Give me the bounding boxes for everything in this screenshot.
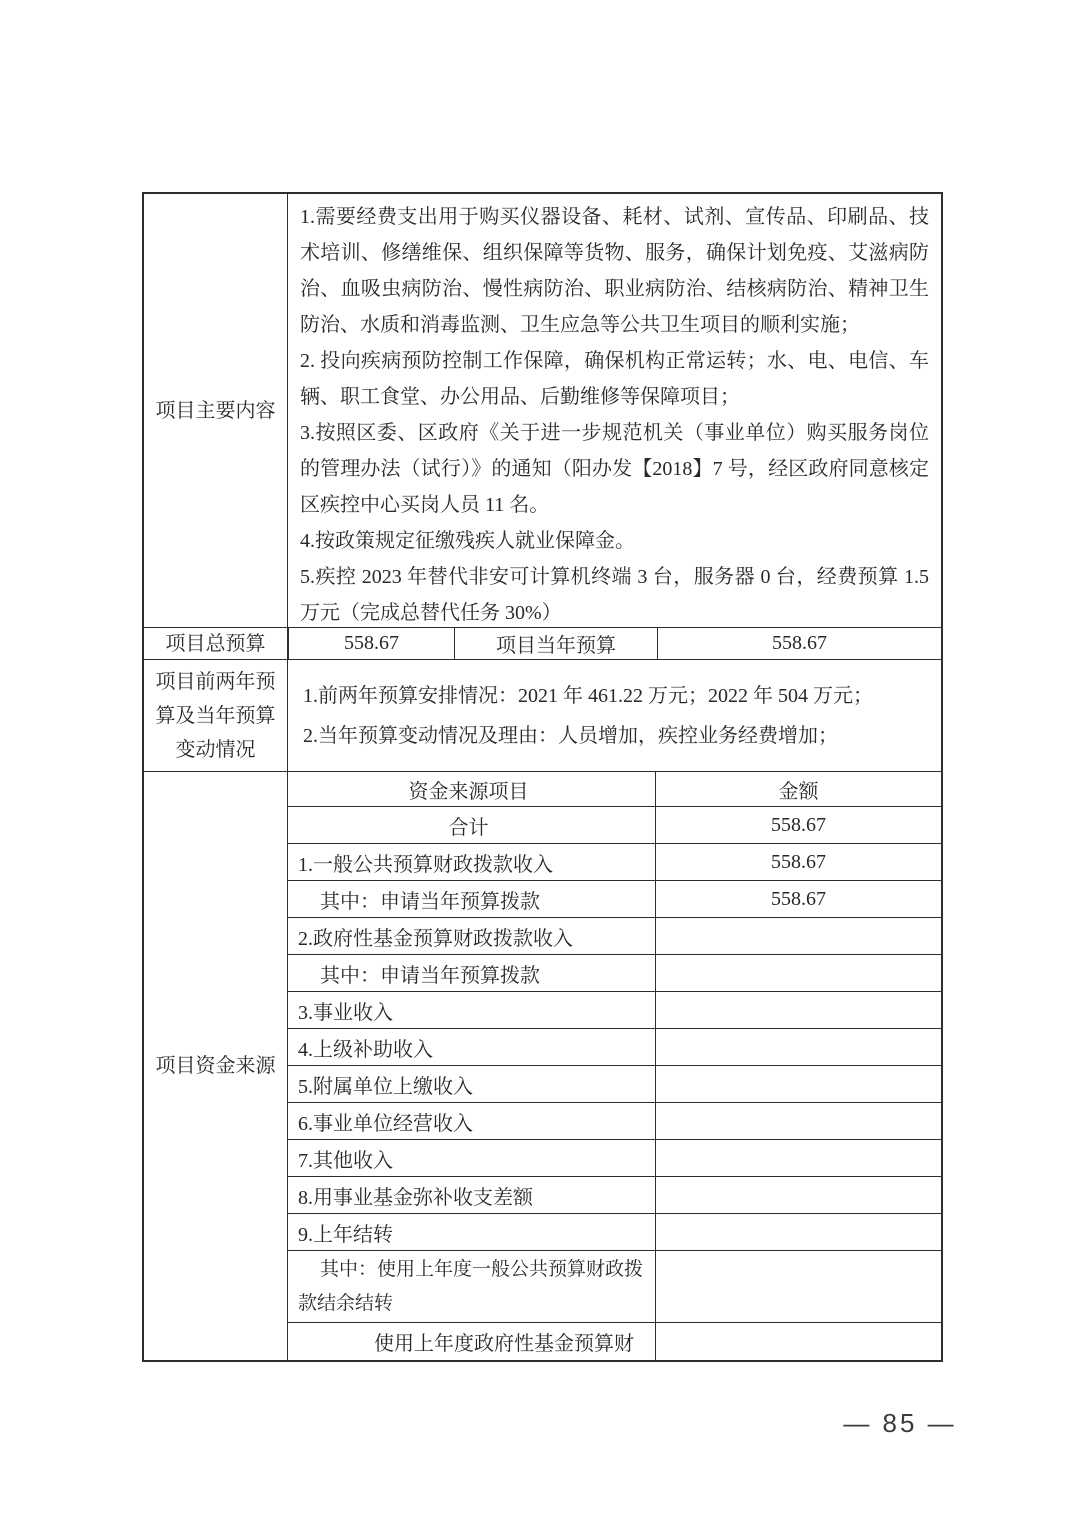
funding-item: 其中：使用上年度一般公共预算财政拨款结余结转 [288, 1251, 656, 1322]
table-row-main-content: 项目主要内容 1.需要经费支出用于购买仪器设备、耗材、试剂、宣传品、印刷品、技术… [144, 194, 941, 627]
row-label-total-budget: 项目总预算 [144, 628, 288, 659]
row-label-main-content: 项目主要内容 [144, 194, 288, 627]
total-budget-value: 558.67 [288, 628, 454, 659]
funding-row: 5.附属单位上缴收入 [288, 1065, 941, 1102]
funding-row: 6.事业单位经营收入 [288, 1102, 941, 1139]
funding-item: 合计 [288, 807, 656, 843]
funding-item: 3.事业收入 [288, 992, 656, 1028]
funding-item: 2.政府性基金预算财政拨款收入 [288, 918, 656, 954]
funding-item: 4.上级补助收入 [288, 1029, 656, 1065]
funding-item: 其中：申请当年预算拨款 [288, 955, 656, 991]
funding-row: 3.事业收入 [288, 991, 941, 1028]
funding-item: 7.其他收入 [288, 1140, 656, 1176]
main-content-paragraph: 5.疾控 2023 年替代非安可计算机终端 3 台，服务器 0 台，经费预算 1… [300, 559, 929, 631]
project-budget-table: 项目主要内容 1.需要经费支出用于购买仪器设备、耗材、试剂、宣传品、印刷品、技术… [142, 192, 943, 1362]
main-content-paragraph: 3.按照区委、区政府《关于进一步规范机关（事业单位）购买服务岗位的管理办法（试行… [300, 415, 929, 523]
funding-amount [656, 1103, 941, 1139]
funding-header-amount: 金额 [656, 772, 941, 806]
funding-amount [656, 992, 941, 1028]
funding-item: 8.用事业基金弥补收支差额 [288, 1177, 656, 1213]
funding-row: 2.政府性基金预算财政拨款收入 [288, 917, 941, 954]
funding-row: 其中：申请当年预算拨款 558.67 [288, 880, 941, 917]
funding-row: 其中：申请当年预算拨款 [288, 954, 941, 991]
funding-item: 5.附属单位上缴收入 [288, 1066, 656, 1102]
funding-item: 其中：申请当年预算拨款 [288, 881, 656, 917]
funding-amount [656, 1029, 941, 1065]
funding-amount [656, 1214, 941, 1250]
table-row-funding-sources: 项目资金来源 资金来源项目 金额 合计 558.67 1.一般公共预算财政拨款收… [144, 771, 941, 1360]
main-content-paragraph: 1.需要经费支出用于购买仪器设备、耗材、试剂、宣传品、印刷品、技术培训、修缮维保… [300, 199, 929, 343]
prior-years-line: 2.当年预算变动情况及理由：人员增加，疾控业务经费增加； [303, 716, 931, 756]
funding-amount [656, 1177, 941, 1213]
funding-item: 6.事业单位经营收入 [288, 1103, 656, 1139]
funding-row: 1.一般公共预算财政拨款收入 558.67 [288, 843, 941, 880]
funding-item: 1.一般公共预算财政拨款收入 [288, 844, 656, 880]
funding-row-total: 合计 558.67 [288, 806, 941, 843]
table-row-prior-years: 项目前两年预算及当年预算变动情况 1.前两年预算安排情况：2021 年 461.… [144, 659, 941, 771]
main-content-cell: 1.需要经费支出用于购买仪器设备、耗材、试剂、宣传品、印刷品、技术培训、修缮维保… [288, 194, 941, 627]
row-label-prior-years: 项目前两年预算及当年预算变动情况 [144, 660, 288, 771]
funding-amount [656, 1140, 941, 1176]
funding-amount: 558.67 [656, 881, 941, 917]
page-number: — 85 — [835, 1408, 965, 1439]
main-content-paragraph: 2. 投向疾病预防控制工作保障，确保机构正常运转；水、电、电信、车辆、职工食堂、… [300, 343, 929, 415]
funding-amount [656, 1323, 941, 1360]
funding-row: 4.上级补助收入 [288, 1028, 941, 1065]
funding-amount [656, 918, 941, 954]
funding-amount [656, 1251, 941, 1322]
funding-header-item: 资金来源项目 [288, 772, 656, 806]
funding-amount: 558.67 [656, 844, 941, 880]
current-year-budget-label: 项目当年预算 [454, 628, 657, 659]
current-year-budget-value: 558.67 [657, 628, 941, 659]
row-label-funding-sources: 项目资金来源 [144, 772, 288, 1360]
main-content-paragraph: 4.按政策规定征缴残疾人就业保障金。 [300, 523, 929, 559]
table-row-budget-totals: 项目总预算 558.67 项目当年预算 558.67 [144, 627, 941, 659]
funding-amount: 558.67 [656, 807, 941, 843]
funding-row: 使用上年度政府性基金预算财 [288, 1322, 941, 1360]
prior-years-cell: 1.前两年预算安排情况：2021 年 461.22 万元；2022 年 504 … [288, 660, 941, 771]
funding-table: 资金来源项目 金额 合计 558.67 1.一般公共预算财政拨款收入 558.6… [288, 772, 941, 1360]
funding-row: 9.上年结转 [288, 1213, 941, 1250]
funding-row: 8.用事业基金弥补收支差额 [288, 1176, 941, 1213]
funding-item: 使用上年度政府性基金预算财 [288, 1323, 656, 1360]
prior-years-line: 1.前两年预算安排情况：2021 年 461.22 万元；2022 年 504 … [303, 676, 931, 716]
funding-row: 其中：使用上年度一般公共预算财政拨款结余结转 [288, 1250, 941, 1322]
funding-amount [656, 1066, 941, 1102]
funding-row: 7.其他收入 [288, 1139, 941, 1176]
funding-amount [656, 955, 941, 991]
funding-header-row: 资金来源项目 金额 [288, 772, 941, 806]
funding-item: 9.上年结转 [288, 1214, 656, 1250]
